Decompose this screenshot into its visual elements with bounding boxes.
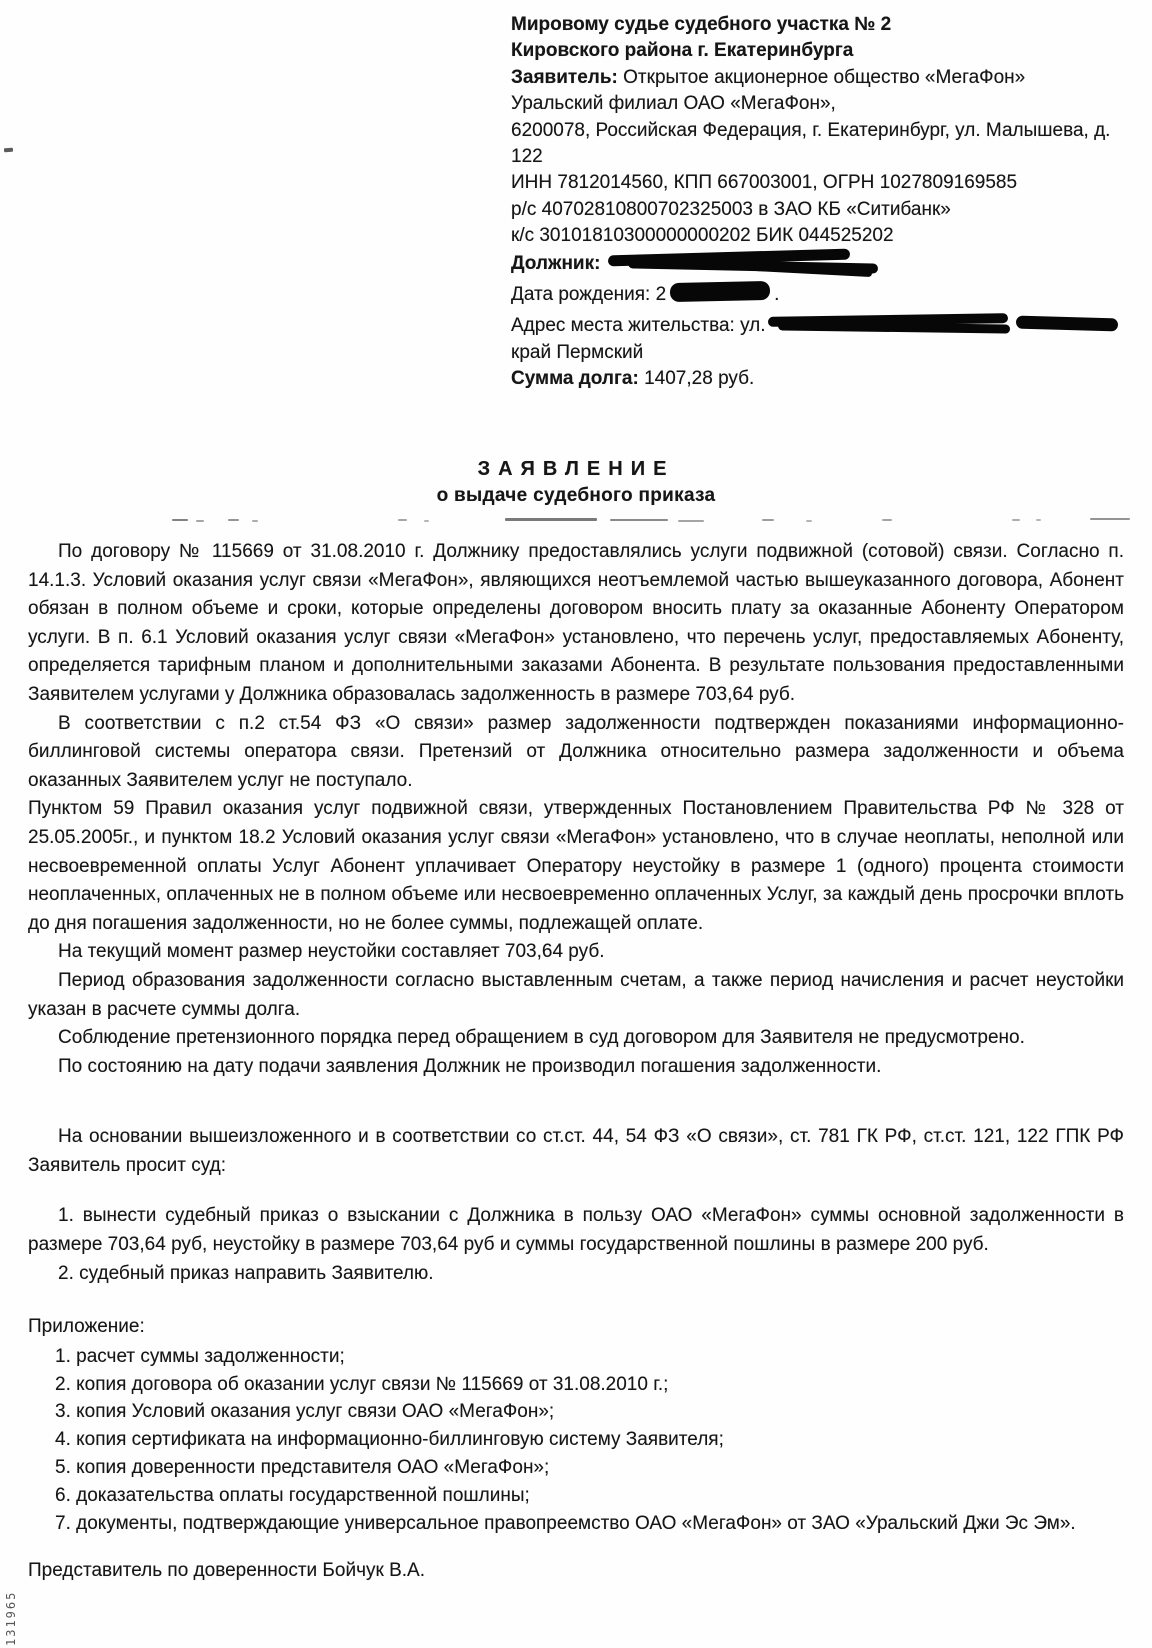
attachment-item: 1. расчет суммы задолженности; [28,1343,1124,1371]
redaction-residence-address [768,312,1120,336]
residence-line: Адрес места жительства: ул. [511,312,1127,339]
scan-speck [4,148,13,153]
petition-intro: На основании вышеизложенного и в соответ… [28,1123,1124,1180]
attachment-item: 3. копия Условий оказания услуг связи ОА… [28,1398,1124,1426]
document-body: По договору № 115669 от 31.08.2010 г. До… [28,538,1124,1586]
court-line-2: Кировского района г. Екатеринбурга [511,38,1127,64]
attachment-item: 4. копия сертификата на информационно-би… [28,1426,1124,1454]
claimant-corr-account: к/с 30101810300000000202 БИК 044525202 [511,223,1127,249]
redaction-bar [777,322,1009,334]
paragraph: Период образования задолженности согласн… [28,967,1124,1024]
document-header: Мировому судье судебного участка № 2 Кир… [511,12,1127,393]
debt-sum-label: Сумма долга: [511,368,639,389]
birth-date-label: Дата рождения: [511,284,650,305]
attachment-item: 5. копия доверенности представителя ОАО … [28,1454,1124,1482]
residence-region: край Пермский [511,340,1127,366]
claimant-address: 6200078, Российская Федерация, г. Екатер… [511,118,1127,171]
birth-date-period: . [774,284,779,305]
paragraph: На текущий момент размер неустойки соста… [28,938,1124,967]
vertical-stamp-number: 131965 [4,1566,18,1646]
paragraph: По договору № 115669 от 31.08.2010 г. До… [28,538,1124,710]
claimant-registration: ИНН 7812014560, КПП 667003001, ОГРН 1027… [511,170,1127,196]
petition-item: 1. вынести судебный приказ о взыскании с… [28,1202,1124,1259]
debtor-line: Должник: [511,250,1127,277]
claimant-branch: Уральский филиал ОАО «МегаФон», [511,91,1127,117]
claimant-name: Открытое акционерное общество «МегаФон» [623,67,1025,88]
birth-date-visible-char: 2 [656,284,667,305]
title-block: ЗАЯВЛЕНИЕ о выдаче судебного приказа [0,458,1152,507]
scanned-court-application-page: 131965 Мировому судье судебного участка … [0,0,1152,1648]
redaction-bar [1015,316,1117,332]
redaction-bar [670,281,770,302]
court-line-1: Мировому судье судебного участка № 2 [511,12,1127,38]
document-title: ЗАЯВЛЕНИЕ [0,458,1152,481]
claimant-label: Заявитель: [511,67,618,88]
signature-line: Представитель по доверенности Бойчук В.А… [28,1557,1124,1586]
debtor-label: Должник: [511,253,600,274]
residence-label: Адрес места жительства: ул. [511,315,766,336]
birth-date-line: Дата рождения: 2. [511,281,1127,308]
claimant-line: Заявитель: Открытое акционерное общество… [511,65,1127,91]
attachments-label: Приложение: [28,1313,1124,1342]
attachment-item: 7. документы, подтверждающие универсальн… [28,1510,1124,1538]
paragraph: Пунктом 59 Правил оказания услуг подвижн… [28,795,1124,938]
paragraph: По состоянию на дату подачи заявления До… [28,1053,1124,1082]
debt-sum-line: Сумма долга: 1407,28 руб. [511,366,1127,392]
attachment-item: 2. копия договора об оказании услуг связ… [28,1371,1124,1399]
redaction-birth-date [670,281,774,305]
redaction-debtor-name [606,250,882,274]
paragraph: Соблюдение претензионного порядка перед … [28,1024,1124,1053]
document-subtitle: о выдаче судебного приказа [0,485,1152,507]
petition-item: 2. судебный приказ направить Заявителю. [28,1260,1124,1289]
attachment-item: 6. доказательства оплаты государственной… [28,1482,1124,1510]
claimant-settlement-account: р/с 40702810800702325003 в ЗАО КБ «Ситиб… [511,197,1127,223]
paragraph: В соответствии с п.2 ст.54 ФЗ «О связи» … [28,710,1124,796]
debt-sum-value: 1407,28 руб. [644,368,754,389]
attachments-list: 1. расчет суммы задолженности; 2. копия … [28,1343,1124,1538]
